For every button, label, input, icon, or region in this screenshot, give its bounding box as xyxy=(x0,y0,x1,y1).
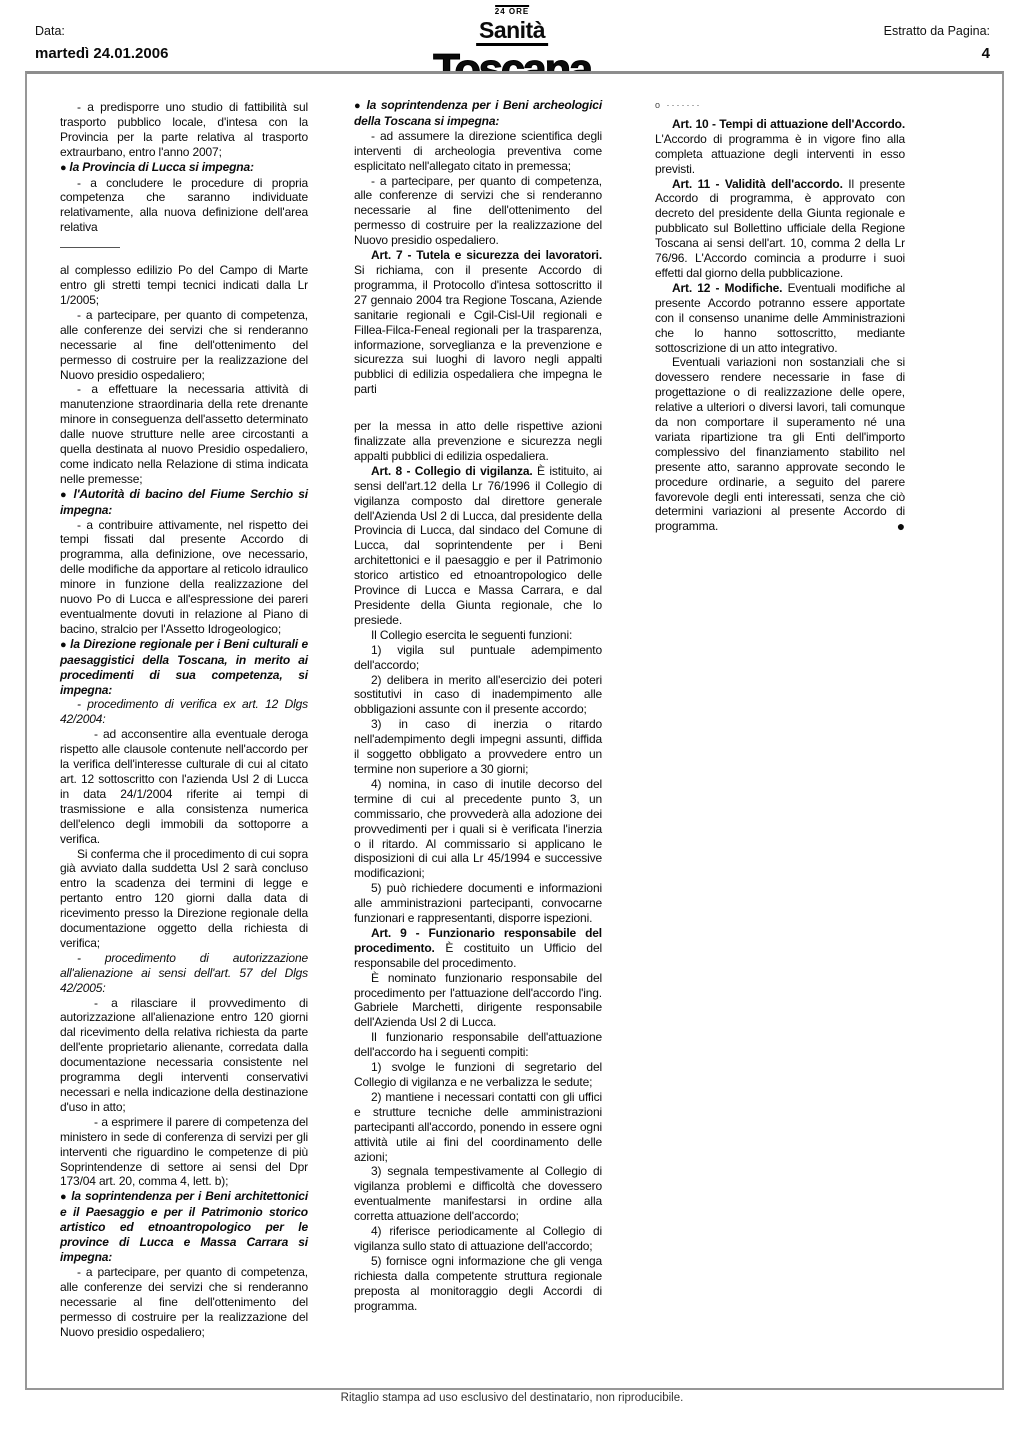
logo-sanita: Sanità xyxy=(433,19,591,46)
paragraph: 5) fornisce ogni informazione che gli ve… xyxy=(354,1254,602,1314)
article-column-1: - a predisporre uno studio di fattibilit… xyxy=(60,100,308,1339)
bullet-icon: ● xyxy=(60,1191,71,1203)
page-extract-label: Estratto da Pagina: xyxy=(884,24,990,38)
article-heading: Art. 10 - Tempi di attuazione dell'Accor… xyxy=(672,117,905,131)
paragraph: - ad acconsentire alla eventuale deroga … xyxy=(60,727,308,846)
sole24ore-mark-icon: 24 ORE xyxy=(495,5,529,16)
bullet-icon: ● xyxy=(60,639,70,651)
paragraph: Il Collegio esercita le seguenti funzion… xyxy=(354,628,602,643)
article-column-3: o ·······Art. 10 - Tempi di attuazione d… xyxy=(655,98,905,534)
commitment-heading: ● la Direzione regionale per i Beni cult… xyxy=(60,637,308,698)
article-heading: Art. 9 - Funzionario responsabile del pr… xyxy=(354,926,602,955)
paragraph: - procedimento di autorizzazione all'ali… xyxy=(60,951,308,996)
paragraph: Eventuali variazioni non sostanziali che… xyxy=(655,355,905,534)
article-paragraph: Art. 9 - Funzionario responsabile del pr… xyxy=(354,926,602,971)
paragraph: 3) in caso di inerzia o ritardo nell'ade… xyxy=(354,717,602,777)
paragraph: - ad assumere la direzione scientifica d… xyxy=(354,129,602,174)
clip-break-rule xyxy=(60,247,120,248)
paragraph: - a esprimere il parere di competenza de… xyxy=(60,1115,308,1190)
bullet-icon: ● xyxy=(60,162,69,174)
paragraph: 2) mantiene i necessari contatti con gli… xyxy=(354,1090,602,1165)
paragraph: 1) vigila sul puntuale adempimento dell'… xyxy=(354,643,602,673)
commitment-heading: ● l'Autorità di bacino del Fiume Serchio… xyxy=(60,487,308,518)
end-of-article-icon: ● xyxy=(880,519,905,533)
scan-artifact: o ······· xyxy=(655,98,905,113)
paragraph: - procedimento di verifica ex art. 12 Dl… xyxy=(60,697,308,727)
paragraph: - a partecipare, per quanto di competenz… xyxy=(60,1265,308,1340)
article-paragraph: Art. 10 - Tempi di attuazione dell'Accor… xyxy=(655,117,905,177)
paragraph: 4) nomina, in caso di inutile decorso de… xyxy=(354,777,602,881)
paragraph: 4) riferisce periodicamente al Collegio … xyxy=(354,1224,602,1254)
bullet-icon: ● xyxy=(60,489,74,501)
paragraph: - a rilasciare il provvedimento di autor… xyxy=(60,996,308,1115)
paragraph: 2) delibera in merito all'esercizio dei … xyxy=(354,673,602,718)
date-label: Data: xyxy=(35,24,168,38)
commitment-heading: ● la soprintendenza per i Beni architett… xyxy=(60,1189,308,1265)
commitment-heading: ● la soprintendenza per i Beni archeolog… xyxy=(354,98,602,129)
article-paragraph: Art. 7 - Tutela e sicurezza dei lavorato… xyxy=(354,248,602,397)
paragraph: - a effettuare la necessaria attività di… xyxy=(60,382,308,486)
article-paragraph: Art. 11 - Validità dell'accordo. Il pres… xyxy=(655,177,905,281)
article-paragraph: Art. 12 - Modifiche. Eventuali modifiche… xyxy=(655,281,905,356)
article-heading: Art. 12 - Modifiche. xyxy=(672,281,788,295)
paragraph: al complesso edilizio Po del Campo di Ma… xyxy=(60,263,308,308)
paragraph: Il funzionario responsabile dell'attuazi… xyxy=(354,1030,602,1060)
clipping-box: - a predisporre uno studio di fattibilit… xyxy=(25,71,1004,1390)
header-date-block: Data: martedì 24.01.2006 xyxy=(35,24,168,62)
paragraph: 5) può richiedere documenti e informazio… xyxy=(354,881,602,926)
paragraph: È nominato funzionario responsabile del … xyxy=(354,971,602,1031)
date-value: martedì 24.01.2006 xyxy=(35,45,168,62)
header-page-block: Estratto da Pagina: 4 xyxy=(884,24,990,62)
paragraph: Si conferma che il procedimento di cui s… xyxy=(60,847,308,951)
paragraph: - a partecipare, per quanto di competenz… xyxy=(354,174,602,249)
article-column-2: ● la soprintendenza per i Beni archeolog… xyxy=(354,98,602,1314)
paragraph: - a partecipare, per quanto di competenz… xyxy=(60,308,308,383)
paragraph: per la messa in atto delle rispettive az… xyxy=(354,419,602,464)
article-heading: Art. 7 - Tutela e sicurezza dei lavorato… xyxy=(371,248,602,262)
page-number: 4 xyxy=(884,45,990,62)
bullet-icon: ● xyxy=(354,100,366,112)
commitment-heading: ● la Provincia di Lucca si impegna: xyxy=(60,160,308,176)
article-heading: Art. 11 - Validità dell'accordo. xyxy=(672,177,848,191)
article-paragraph: Art. 8 - Collegio di vigilanza. È istitu… xyxy=(354,464,602,628)
article-heading: Art. 8 - Collegio di vigilanza. xyxy=(371,464,537,478)
paragraph: - a predisporre uno studio di fattibilit… xyxy=(60,100,308,160)
press-clipping-page: { "header": { "date_label": "Data:", "da… xyxy=(0,0,1024,1448)
paragraph: 1) svolge le funzioni di segretario del … xyxy=(354,1060,602,1090)
footer-disclaimer: Ritaglio stampa ad uso esclusivo del des… xyxy=(0,1392,1024,1404)
paragraph: - a contribuire attivamente, nel rispett… xyxy=(60,518,308,637)
paragraph: 3) segnala tempestivamente al Collegio d… xyxy=(354,1164,602,1224)
paragraph: - a concludere le procedure di propria c… xyxy=(60,176,308,236)
